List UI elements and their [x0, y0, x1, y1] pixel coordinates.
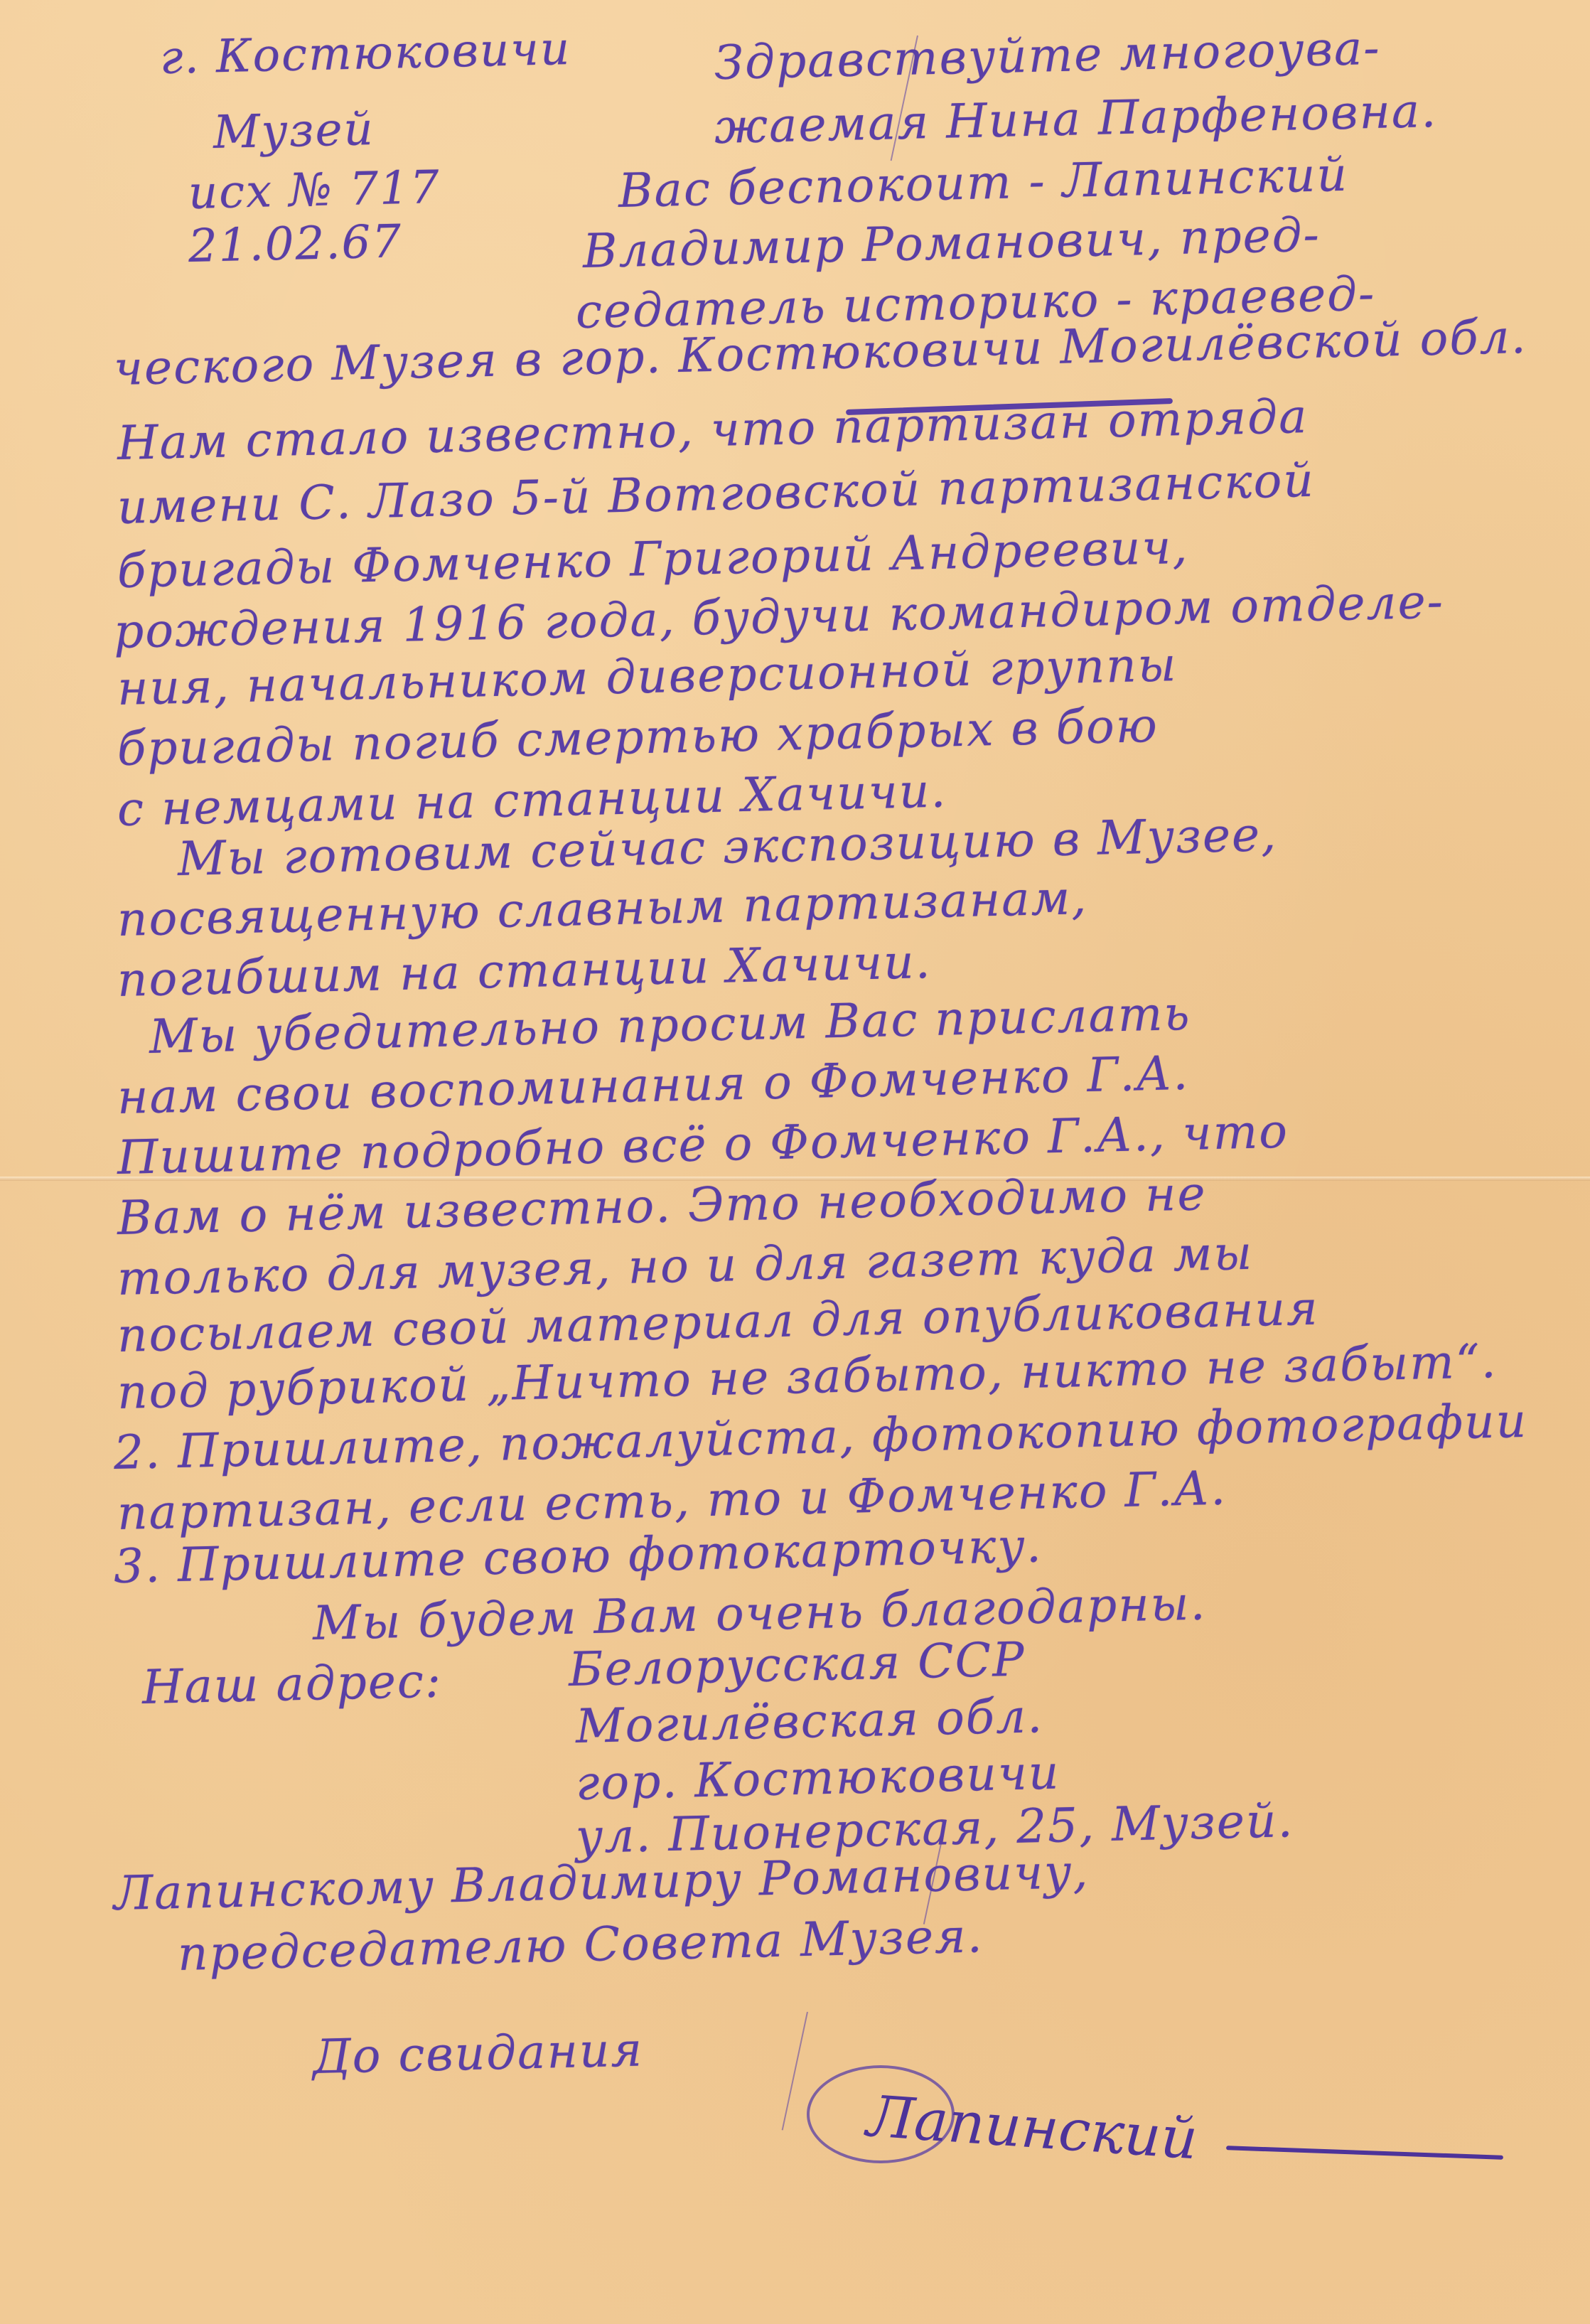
header-institution: Музей — [213, 103, 375, 159]
greeting-line-1: Здравствуйте многоува- — [714, 21, 1381, 90]
address-line-1: Белорусская ССР — [568, 1632, 1026, 1697]
recipient-line-2: председателю Совета Музея. — [177, 1908, 984, 1981]
address-line-2: Могилёвская обл. — [575, 1688, 1044, 1754]
header-outgoing-number: исх № 717 — [188, 161, 441, 220]
signature-underline — [1226, 2146, 1503, 2160]
intro-line-2: Владимир Романович, пред- — [582, 207, 1321, 279]
pen-descender-stroke — [782, 2012, 808, 2131]
letter-page: г. Костюковичи Музей исх № 717 21.02.67 … — [0, 0, 1590, 2324]
header-date: 21.02.67 — [188, 215, 403, 273]
intro-line-1: Вас беспокоит - Лапинский — [618, 147, 1349, 218]
header-city: г. Костюковичи — [159, 23, 571, 85]
greeting-line-2: жаемая Нина Парфеновна. — [714, 83, 1438, 154]
signature: Лапинский — [865, 2083, 1200, 2172]
address-label: Наш адрес: — [141, 1653, 443, 1715]
farewell: До свидания — [312, 2022, 644, 2084]
